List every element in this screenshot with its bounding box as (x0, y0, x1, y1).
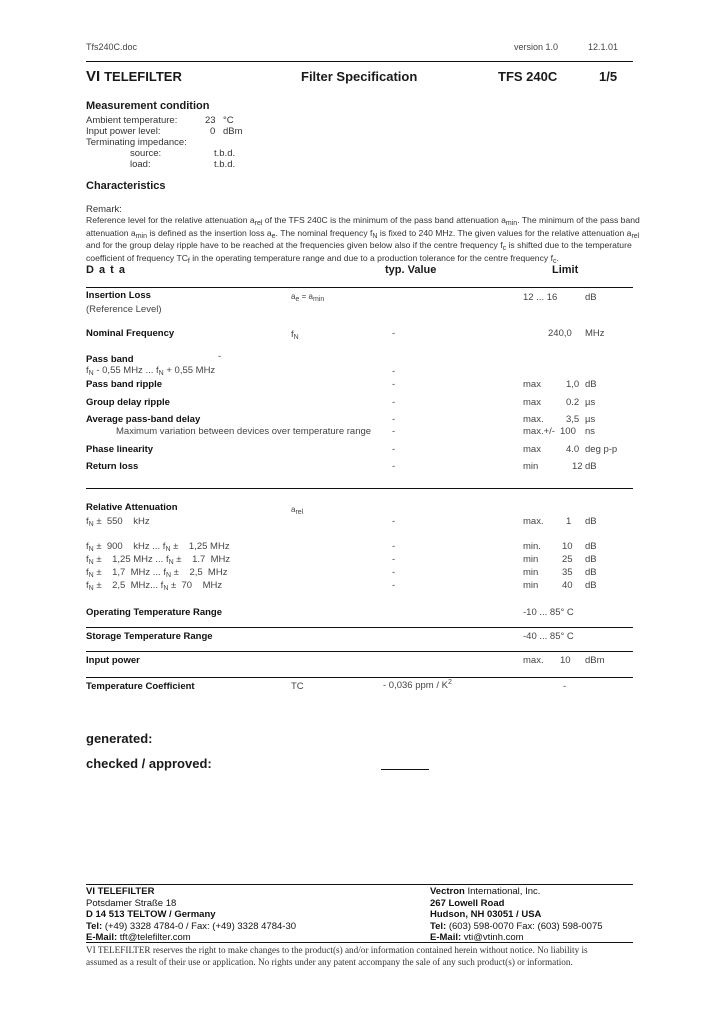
limit-qualifier: min (523, 567, 538, 578)
footer-right-line: Vectron International, Inc. (430, 886, 540, 897)
typ-value: - (392, 580, 395, 591)
measurement-title: Measurement condition (86, 100, 209, 112)
limit-unit: µs (585, 414, 595, 425)
header-divider (86, 61, 633, 62)
row-label: Operating Temperature Range (86, 607, 222, 618)
limit-unit: deg p-p (585, 444, 617, 455)
row-label: Temperature Coefficient (86, 681, 195, 692)
limit-value: 1,0 (566, 379, 579, 390)
typ-value: - (392, 379, 395, 390)
remark-line: attenuation amin is defined as the inser… (86, 228, 639, 240)
limit-value: 12 (572, 461, 583, 472)
limit-value: 12 ... 16 (523, 292, 557, 303)
limit-value: 10 (562, 541, 573, 552)
footer-left-line: Potsdamer Straße 18 (86, 898, 176, 909)
limit-qualifier: max (523, 397, 541, 408)
limit-qualifier: max. (523, 516, 544, 527)
limit-qualifier: min (523, 554, 538, 565)
limit-value: 40 (562, 580, 573, 591)
row-label: Maximum variation between devices over t… (116, 426, 371, 437)
limit-value: 240,0 (548, 328, 572, 339)
limit-unit: dB (585, 461, 597, 472)
limit-unit: dBm (585, 655, 605, 666)
limit-qualifier: max. (523, 414, 544, 425)
filename: Tfs240C.doc (86, 42, 137, 52)
remark-line: Reference level for the relative attenua… (86, 215, 640, 227)
limit-qualifier: max.+/- (523, 426, 555, 437)
limit-value: 100 (560, 426, 576, 437)
page-number: 1/5 (599, 69, 617, 84)
measurement-value: 0 (210, 126, 215, 137)
footer-left-line: D 14 513 TELTOW / Germany (86, 909, 216, 920)
row-symbol: ae = amin (291, 292, 324, 303)
row-label: Relative Attenuation (86, 502, 178, 513)
row-label: Average pass-band delay (86, 414, 200, 425)
limit-unit: dB (585, 554, 597, 565)
typ-value: - (392, 541, 395, 552)
footer-right-line: 267 Lowell Road (430, 898, 504, 909)
measurement-label: Ambient temperature: (86, 115, 177, 126)
remark-line: coefficient of frequency TCf in the oper… (86, 253, 559, 265)
limit-unit: dB (585, 580, 597, 591)
row-label: Return loss (86, 461, 138, 472)
limit-value: 4.0 (566, 444, 579, 455)
limit-value: 35 (562, 567, 573, 578)
rel-atten-range: fN ± 1,25 MHz ... fN ± 1.7 MHz (86, 554, 230, 566)
limit-unit: MHz (585, 328, 605, 339)
row-divider (86, 627, 633, 628)
limit-value: 25 (562, 554, 573, 565)
row-label: Pass band (86, 354, 134, 365)
limit-value: 3,5 (566, 414, 579, 425)
typ-value: - (392, 444, 395, 455)
company-logo: VI TELEFILTER (86, 68, 182, 85)
col-header-data: D a t a (86, 264, 126, 276)
limit-qualifier: max. (523, 655, 544, 666)
row-label: Insertion Loss (86, 290, 151, 301)
signature-line (381, 769, 429, 770)
limit-value: - (563, 681, 566, 692)
limit-qualifier: min. (523, 541, 541, 552)
limit-unit: dB (585, 541, 597, 552)
limit-unit: dB (585, 567, 597, 578)
checked-label: checked / approved: (86, 756, 212, 771)
row-label: Nominal Frequency (86, 328, 174, 339)
row-symbol: - (218, 351, 221, 362)
typ-value: - (392, 554, 395, 565)
characteristics-title: Characteristics (86, 180, 166, 192)
limit-value: 10 (560, 655, 571, 666)
typ-value: - (392, 366, 395, 377)
limit-qualifier: max (523, 444, 541, 455)
measurement-label: Terminating impedance: (86, 137, 187, 148)
typ-value: - (392, 414, 395, 425)
row-symbol: TC (291, 681, 304, 692)
disclaimer-line: VI TELEFILTER reserves the right to make… (86, 945, 588, 955)
row-label: Storage Temperature Range (86, 631, 213, 642)
section-divider (86, 488, 633, 489)
row-range: fN - 0,55 MHz ... fN + 0,55 MHz (86, 365, 215, 377)
measurement-unit: dBm (223, 126, 243, 137)
limit-value: 0.2 (566, 397, 579, 408)
typ-value: - (392, 516, 395, 527)
date: 12.1.01 (588, 42, 618, 52)
part-number: TFS 240C (498, 69, 557, 84)
row-divider (86, 677, 633, 678)
limit-value: 1 (566, 516, 571, 527)
rel-atten-range: fN ± 1,7 MHz ... fN ± 2,5 MHz (86, 567, 227, 579)
measurement-unit: °C (223, 115, 234, 126)
limit-qualifier: max (523, 379, 541, 390)
limit-unit: dB (585, 516, 597, 527)
row-label: Input power (86, 655, 140, 666)
typ-value: - 0,036 ppm / K2 (383, 679, 452, 691)
limit-qualifier: min (523, 461, 538, 472)
footer-right-line: Hudson, NH 03051 / USA (430, 909, 541, 920)
limit-value: -40 ... 85° C (523, 631, 574, 642)
footer-left-line: E-Mail: tft@telefilter.com (86, 932, 191, 943)
doc-title: Filter Specification (301, 69, 417, 84)
typ-value: - (392, 426, 395, 437)
footer-left-line: Tel: (+49) 3328 4784-0 / Fax: (+49) 3328… (86, 921, 296, 932)
typ-value: - (392, 328, 395, 339)
table-header-divider (86, 287, 633, 288)
version: version 1.0 (514, 42, 558, 52)
rel-atten-range: fN ± 900 kHz ... fN ± 1,25 MHz (86, 541, 230, 553)
footer-divider (86, 884, 633, 885)
row-label: Group delay ripple (86, 397, 170, 408)
col-header-limit: Limit (552, 264, 578, 276)
measurement-label: source: (130, 148, 161, 159)
typ-value: - (392, 461, 395, 472)
limit-unit: ns (585, 426, 595, 437)
limit-value: -10 ... 85° C (523, 607, 574, 618)
row-symbol: fN (291, 329, 299, 341)
remark-line: and for the group delay ripple have to b… (86, 240, 632, 252)
measurement-value: t.b.d. (214, 159, 235, 170)
footer-right-line: E-Mail: vti@vtinh.com (430, 932, 524, 943)
measurement-value: t.b.d. (214, 148, 235, 159)
measurement-label: Input power level: (86, 126, 160, 137)
row-sublabel: (Reference Level) (86, 304, 162, 315)
measurement-label: load: (130, 159, 151, 170)
disclaimer-line: assumed as a result of their use or appl… (86, 957, 573, 967)
typ-value: - (392, 567, 395, 578)
remark-label: Remark: (86, 204, 122, 215)
typ-value: - (392, 397, 395, 408)
rel-atten-range: fN ± 2,5 MHz... fN ± 70 MHz (86, 580, 222, 592)
row-label: Pass band ripple (86, 379, 162, 390)
limit-qualifier: min (523, 580, 538, 591)
row-symbol: arel (291, 505, 303, 516)
limit-unit: dB (585, 292, 597, 303)
generated-label: generated: (86, 731, 152, 746)
footer-left-line: VI TELEFILTER (86, 886, 154, 897)
limit-unit: µs (585, 397, 595, 408)
rel-atten-range: fN ± 550 kHz (86, 516, 150, 528)
row-label: Phase linearity (86, 444, 153, 455)
row-divider (86, 651, 633, 652)
footer-right-line: Tel: (603) 598-0070 Fax: (603) 598-0075 (430, 921, 603, 932)
limit-unit: dB (585, 379, 597, 390)
measurement-value: 23 (205, 115, 216, 126)
col-header-typ: typ. Value (385, 264, 436, 276)
